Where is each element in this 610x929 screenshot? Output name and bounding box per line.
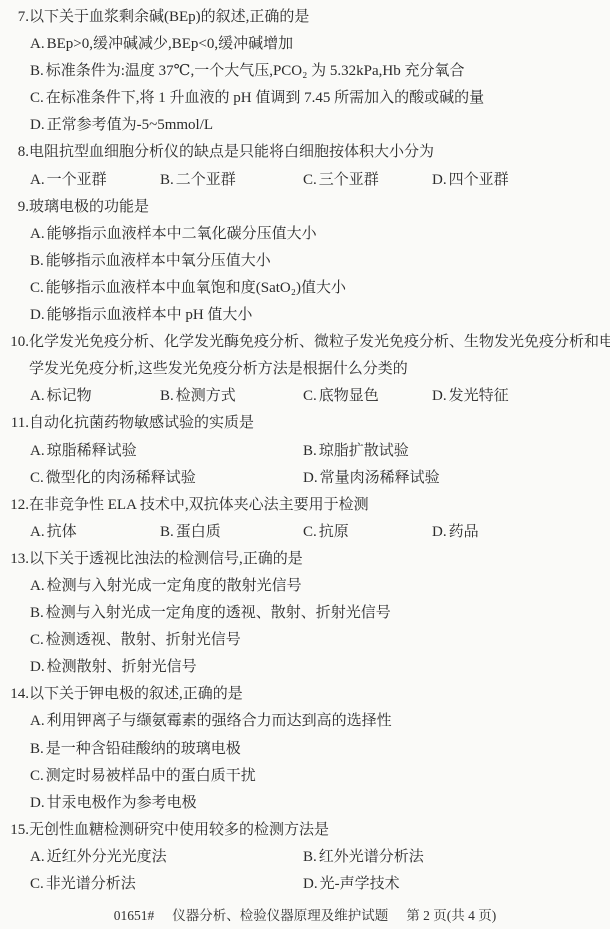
question-stem-text: 学发光免疫分析,这些发光免疫分析方法是根据什么分类的 [29,361,408,377]
option-label: C. [30,876,44,892]
exam-title: 仪器分析、检验仪器原理及维护试题 [172,908,388,923]
question-13-option-b: B.检测与入射光成一定角度的透视、散射、折射光信号 [0,600,610,627]
question-stem-text: 在非竞争性 ELA 技术中,双抗体夹心法主要用于检测 [29,497,369,513]
question-11-options-row-2: C.微型化的肉汤稀释试验D.常量肉汤稀释试验 [0,465,610,492]
option-text: 抗原 [319,524,349,540]
question-10-option-a: A.标记物 [30,383,160,410]
option-text: 蛋白质 [176,524,221,540]
option-label: B. [303,849,317,865]
question-number: 10. [0,329,29,356]
question-13: 13.以下关于透视比浊法的检测信号,正确的是 A.检测与入射光成一定角度的散射光… [0,546,610,681]
option-label: D. [432,172,447,188]
option-label: D. [432,388,447,404]
option-text: 微型化的肉汤稀释试验 [46,470,196,486]
question-8-option-c: C.三个亚群 [303,167,432,194]
question-15-options-row-1: A.近红外分光光度法B.红外光谱分析法 [0,844,610,871]
question-12-options: A.抗体B.蛋白质C.抗原D.药品 [0,519,610,546]
question-11-option-b: B.琼脂扩散试验 [303,438,409,465]
question-11-option-c: C.微型化的肉汤稀释试验 [30,465,303,492]
question-15-option-c: C.非光谱分析法 [30,871,303,898]
question-stem-text: 无创性血糖检测研究中使用较多的检测方法是 [29,822,329,838]
question-11-option-a: A.琼脂稀释试验 [30,438,303,465]
question-8-options: A.一个亚群B.二个亚群C.三个亚群D.四个亚群 [0,167,610,194]
question-8-option-a: A.一个亚群 [30,167,160,194]
option-label: B. [30,63,44,79]
question-12-option-d: D.药品 [432,519,479,546]
question-number: 14. [0,681,29,708]
question-15: 15.无创性血糖检测研究中使用较多的检测方法是 A.近红外分光光度法B.红外光谱… [0,817,610,898]
question-7: 7.以下关于血浆剩余碱(BEp)的叙述,正确的是 A.BEp>0,缓冲碱减少,B… [0,4,610,139]
option-label: A. [30,388,45,404]
question-9-option-a: A.能够指示血液样本中二氧化碳分压值大小 [0,221,610,248]
question-stem-text: 电阻抗型血细胞分析仪的缺点是只能将白细胞按体积大小分为 [29,144,434,160]
option-label: D. [30,659,45,675]
question-number: 13. [0,546,29,573]
option-text: 检测散射、折射光信号 [47,659,197,675]
question-stem-text: 以下关于透视比浊法的检测信号,正确的是 [29,551,303,567]
question-number: 7. [0,4,29,31]
question-number: 8. [0,139,29,166]
option-text: 标准条件为:温度 37℃,一个大气压,PCO₂ 为 5.32kPa,Hb 充分氧… [46,63,465,79]
question-12-option-b: B.蛋白质 [160,519,303,546]
option-label: D. [303,876,318,892]
option-label: D. [30,117,45,133]
option-text: 检测与入射光成一定角度的散射光信号 [47,578,302,594]
option-text: 二个亚群 [176,172,236,188]
page-footer: 01651#仪器分析、检验仪器原理及维护试题第 2 页(共 4 页) [0,902,610,929]
question-10-option-c: C.底物显色 [303,383,432,410]
question-12-stem: 12.在非竞争性 ELA 技术中,双抗体夹心法主要用于检测 [0,492,610,519]
question-12: 12.在非竞争性 ELA 技术中,双抗体夹心法主要用于检测 A.抗体B.蛋白质C… [0,492,610,546]
option-text: 能够指示血液样本中二氧化碳分压值大小 [47,226,317,242]
question-13-option-a: A.检测与入射光成一定角度的散射光信号 [0,573,610,600]
option-text: 非光谱分析法 [46,876,136,892]
exam-page: { "questions": [ { "number": "7.", "stem… [0,0,610,929]
option-label: C. [303,172,317,188]
option-text: 近红外分光光度法 [47,849,167,865]
option-text: 红外光谱分析法 [319,849,424,865]
question-12-option-a: A.抗体 [30,519,160,546]
option-label: A. [30,172,45,188]
option-text: 一个亚群 [47,172,107,188]
question-11-stem: 11.自动化抗菌药物敏感试验的实质是 [0,410,610,437]
option-text: 标记物 [47,388,92,404]
option-label: D. [303,470,318,486]
option-text: 能够指示血液样本中氧分压值大小 [46,253,271,269]
option-label: B. [303,443,317,459]
question-8: 8.电阻抗型血细胞分析仪的缺点是只能将白细胞按体积大小分为 A.一个亚群B.二个… [0,139,610,193]
option-label: B. [30,741,44,757]
option-text: 检测与入射光成一定角度的透视、散射、折射光信号 [46,605,391,621]
question-10-stem-line-2: 学发光免疫分析,这些发光免疫分析方法是根据什么分类的 [0,356,610,383]
question-14-option-a: A.利用钾离子与缬氨霉素的强络合力而达到高的选择性 [0,708,610,735]
exam-code: 01651# [114,908,155,923]
question-14-option-d: D.甘汞电极作为参考电极 [0,790,610,817]
option-text: 在标准条件下,将 1 升血液的 pH 值调到 7.45 所需加入的酸或碱的量 [46,90,484,106]
option-text: 药品 [449,524,479,540]
question-9-stem: 9.玻璃电极的功能是 [0,194,610,221]
option-label: C. [30,280,44,296]
option-label: C. [30,632,44,648]
question-number: 11. [0,410,29,437]
option-label: C. [303,388,317,404]
option-label: A. [30,524,45,540]
question-15-options-row-2: C.非光谱分析法D.光-声学技术 [0,871,610,898]
question-10-stem-line-1: 10.化学发光免疫分析、化学发光酶免疫分析、微粒子发光免疫分析、生物发光免疫分析… [0,329,610,356]
question-13-stem: 13.以下关于透视比浊法的检测信号,正确的是 [0,546,610,573]
question-stem-text: 以下关于钾电极的叙述,正确的是 [29,686,243,702]
question-10: 10.化学发光免疫分析、化学发光酶免疫分析、微粒子发光免疫分析、生物发光免疫分析… [0,329,610,410]
option-label: C. [30,470,44,486]
option-text: 检测方式 [176,388,236,404]
option-text: 发光特征 [449,388,509,404]
question-8-stem: 8.电阻抗型血细胞分析仪的缺点是只能将白细胞按体积大小分为 [0,139,610,166]
question-7-option-b: B.标准条件为:温度 37℃,一个大气压,PCO₂ 为 5.32kPa,Hb 充… [0,58,610,85]
question-9-option-c: C.能够指示血液样本中血氧饱和度(SatO₂)值大小 [0,275,610,302]
question-12-option-c: C.抗原 [303,519,432,546]
option-label: A. [30,226,45,242]
page-number: 第 2 页(共 4 页) [406,908,496,923]
question-number: 12. [0,492,29,519]
question-stem-text: 自动化抗菌药物敏感试验的实质是 [29,415,254,431]
option-label: B. [160,524,174,540]
question-10-options: A.标记物B.检测方式C.底物显色D.发光特征 [0,383,610,410]
question-8-option-b: B.二个亚群 [160,167,303,194]
question-14-stem: 14.以下关于钾电极的叙述,正确的是 [0,681,610,708]
question-stem-text: 以下关于血浆剩余碱(BEp)的叙述,正确的是 [29,9,309,25]
question-9-option-b: B.能够指示血液样本中氧分压值大小 [0,248,610,275]
question-15-option-d: D.光-声学技术 [303,871,400,898]
question-14-option-c: C.测定时易被样品中的蛋白质干扰 [0,763,610,790]
option-text: 甘汞电极作为参考电极 [47,795,197,811]
question-11-options-row-1: A.琼脂稀释试验B.琼脂扩散试验 [0,438,610,465]
question-number: 15. [0,817,29,844]
question-7-option-a: A.BEp>0,缓冲碱减少,BEp<0,缓冲碱增加 [0,31,610,58]
question-10-option-b: B.检测方式 [160,383,303,410]
option-label: D. [30,795,45,811]
question-8-option-d: D.四个亚群 [432,167,509,194]
question-14: 14.以下关于钾电极的叙述,正确的是 A.利用钾离子与缬氨霉素的强络合力而达到高… [0,681,610,816]
option-label: A. [30,443,45,459]
question-9-option-d: D.能够指示血液样本中 pH 值大小 [0,302,610,329]
option-label: A. [30,36,45,52]
option-text: 利用钾离子与缬氨霉素的强络合力而达到高的选择性 [47,713,392,729]
option-text: 底物显色 [319,388,379,404]
question-14-option-b: B.是一种含铅硅酸纳的玻璃电极 [0,736,610,763]
option-label: C. [30,90,44,106]
option-text: 能够指示血液样本中血氧饱和度(SatO₂)值大小 [46,280,346,296]
option-text: 是一种含铅硅酸纳的玻璃电极 [46,741,241,757]
option-label: B. [160,172,174,188]
question-13-option-c: C.检测透视、散射、折射光信号 [0,627,610,654]
question-13-option-d: D.检测散射、折射光信号 [0,654,610,681]
option-label: A. [30,578,45,594]
option-label: B. [30,253,44,269]
question-number: 9. [0,194,29,221]
option-label: C. [30,768,44,784]
option-text: 光-声学技术 [320,876,400,892]
question-stem-text: 化学发光免疫分析、化学发光酶免疫分析、微粒子发光免疫分析、生物发光免疫分析和电化 [29,334,610,350]
option-text: 抗体 [47,524,77,540]
question-15-option-b: B.红外光谱分析法 [303,844,424,871]
option-text: 测定时易被样品中的蛋白质干扰 [46,768,256,784]
question-15-stem: 15.无创性血糖检测研究中使用较多的检测方法是 [0,817,610,844]
option-label: B. [30,605,44,621]
option-label: C. [303,524,317,540]
question-11-option-d: D.常量肉汤稀释试验 [303,465,440,492]
option-text: 检测透视、散射、折射光信号 [46,632,241,648]
option-text: BEp>0,缓冲碱减少,BEp<0,缓冲碱增加 [47,36,294,52]
option-label: A. [30,849,45,865]
question-7-option-c: C.在标准条件下,将 1 升血液的 pH 值调到 7.45 所需加入的酸或碱的量 [0,85,610,112]
question-7-stem: 7.以下关于血浆剩余碱(BEp)的叙述,正确的是 [0,4,610,31]
option-text: 正常参考值为-5~5mmol/L [47,117,213,133]
question-11: 11.自动化抗菌药物敏感试验的实质是 A.琼脂稀释试验B.琼脂扩散试验 C.微型… [0,410,610,491]
option-label: A. [30,713,45,729]
question-stem-text: 玻璃电极的功能是 [29,199,149,215]
question-7-option-d: D.正常参考值为-5~5mmol/L [0,112,610,139]
question-9: 9.玻璃电极的功能是 A.能够指示血液样本中二氧化碳分压值大小 B.能够指示血液… [0,194,610,329]
exam-paper-body: 7.以下关于血浆剩余碱(BEp)的叙述,正确的是 A.BEp>0,缓冲碱减少,B… [0,0,610,929]
option-text: 琼脂扩散试验 [319,443,409,459]
option-label: B. [160,388,174,404]
option-label: D. [30,307,45,323]
option-text: 四个亚群 [449,172,509,188]
option-text: 能够指示血液样本中 pH 值大小 [47,307,253,323]
option-text: 常量肉汤稀释试验 [320,470,440,486]
option-text: 琼脂稀释试验 [47,443,137,459]
option-text: 三个亚群 [319,172,379,188]
option-label: D. [432,524,447,540]
question-15-option-a: A.近红外分光光度法 [30,844,303,871]
question-10-option-d: D.发光特征 [432,383,509,410]
